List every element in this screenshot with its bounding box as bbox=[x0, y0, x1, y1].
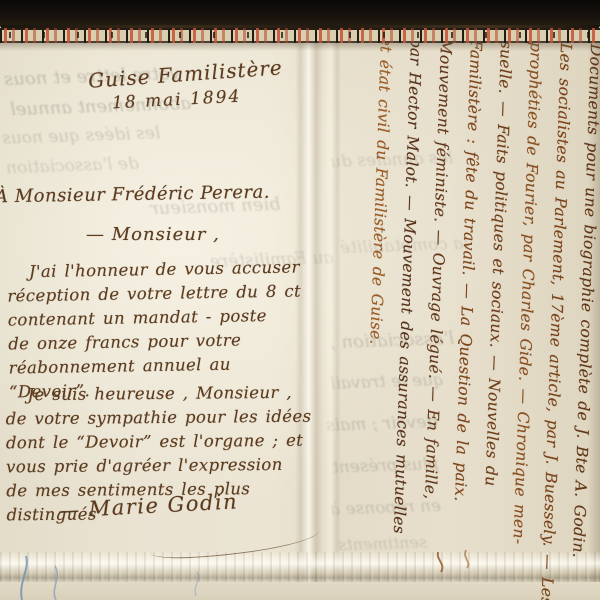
letter-line: contenant un mandat - poste bbox=[8, 303, 302, 332]
ghost-text-line: de l'association bbox=[6, 154, 139, 179]
letter-line: de votre sympathie pour les idées bbox=[6, 405, 312, 432]
scanned-letter-page: votre lettre et nous abonnement annuel l… bbox=[0, 0, 600, 600]
letter-line: Je suis heureuse , Monsieur , bbox=[5, 381, 311, 408]
rotated-sommaire-text: Documents pour une biographie complète d… bbox=[345, 36, 600, 564]
letter-place: Guise Familistère bbox=[87, 55, 283, 93]
letter-line: vous prie d'agréer l'expression bbox=[6, 453, 312, 480]
letter-date: 18 mai 1894 bbox=[112, 87, 242, 114]
decorative-edge-strip bbox=[0, 28, 600, 43]
ghost-text-line: les idées que nous bbox=[2, 123, 161, 149]
book-binding-band bbox=[0, 0, 600, 26]
letter-line: dont le “Devoir” est l'organe ; et bbox=[6, 429, 312, 456]
bottom-paper-edge bbox=[0, 582, 600, 600]
edge-strip-shadow bbox=[0, 43, 600, 51]
letter-salutation: — Monsieur , bbox=[86, 224, 220, 245]
